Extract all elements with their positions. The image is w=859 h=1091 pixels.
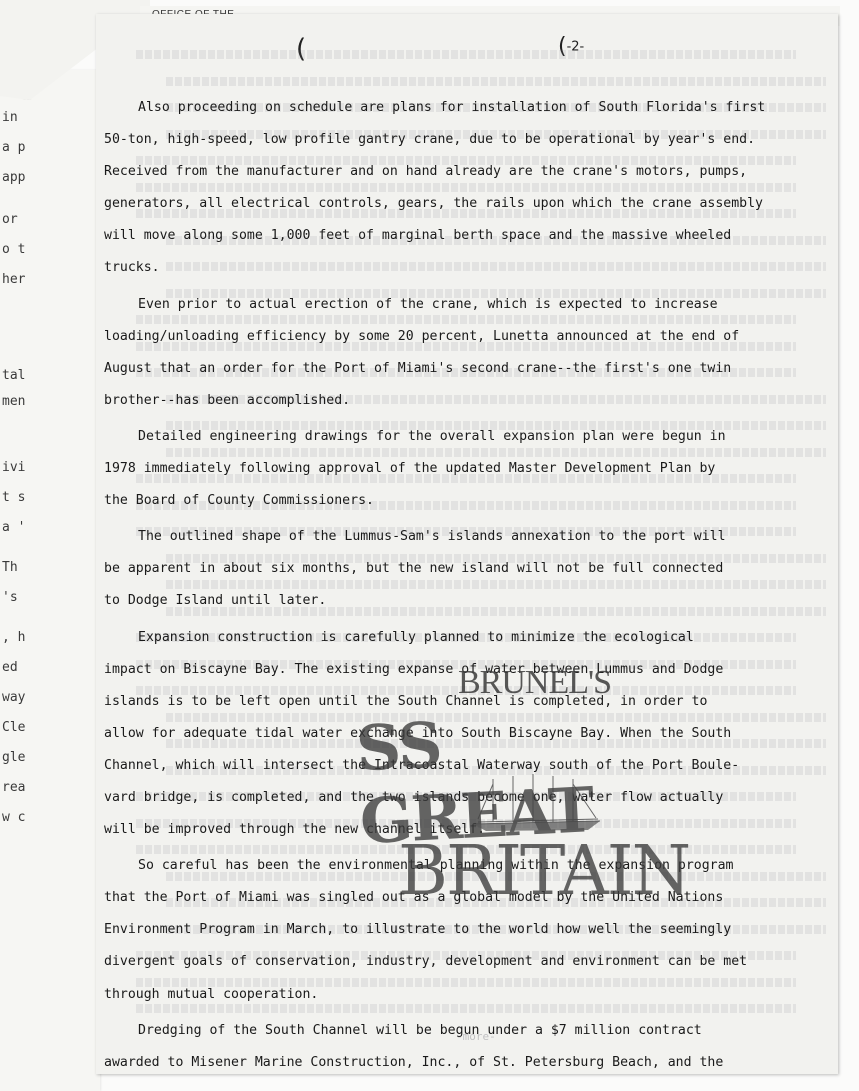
back-page-fragment: Cle bbox=[2, 720, 25, 735]
back-page-fragment: 's bbox=[2, 590, 18, 605]
text-line: will be improved through the new channel… bbox=[104, 814, 804, 846]
text-line: loading/unloading efficiency by some 20 … bbox=[104, 321, 804, 353]
back-page-fragment: in bbox=[2, 110, 18, 125]
back-page-fragment: , h bbox=[2, 630, 25, 645]
text-line: So careful has been the environmental pl… bbox=[104, 850, 804, 882]
text-line: Expansion construction is carefully plan… bbox=[104, 622, 804, 654]
paragraph: So careful has been the environmental pl… bbox=[104, 850, 804, 1010]
text-line: divergent goals of conservation, industr… bbox=[104, 946, 804, 978]
text-line: the Board of County Commissioners. bbox=[104, 485, 804, 517]
text-line: Also proceeding on schedule are plans fo… bbox=[104, 92, 804, 124]
back-page-fragment: Th bbox=[2, 560, 18, 575]
text-line: Even prior to actual erection of the cra… bbox=[104, 289, 804, 321]
paragraph: Detailed engineering drawings for the ov… bbox=[104, 421, 804, 517]
text-line: brother--has been accomplished. bbox=[104, 385, 804, 417]
text-line: vard bridge, is completed, and the two i… bbox=[104, 782, 804, 814]
back-page-fragment: rea bbox=[2, 780, 25, 795]
text-line: August that an order for the Port of Mia… bbox=[104, 353, 804, 385]
back-page-fragment: or bbox=[2, 212, 18, 227]
paragraph: Also proceeding on schedule are plans fo… bbox=[104, 92, 804, 285]
back-page-fragment: w c bbox=[2, 810, 25, 825]
text-line: Detailed engineering drawings for the ov… bbox=[104, 421, 804, 453]
text-line: islands is to be left open until the Sou… bbox=[104, 686, 804, 718]
paragraph: Expansion construction is carefully plan… bbox=[104, 622, 804, 847]
back-page-fragment: o t bbox=[2, 242, 25, 257]
text-line: be apparent in about six months, but the… bbox=[104, 553, 804, 585]
text-line: will move along some 1,000 feet of margi… bbox=[104, 220, 804, 252]
back-page-fragment: way bbox=[2, 690, 25, 705]
text-line: allow for adequate tidal water exchange … bbox=[104, 718, 804, 750]
back-page-fragment: ivi bbox=[2, 460, 25, 475]
text-line: 1978 immediately following approval of t… bbox=[104, 453, 804, 485]
back-page-fragment: her bbox=[2, 272, 25, 287]
text-line: that the Port of Miami was singled out a… bbox=[104, 882, 804, 914]
back-page-fragment: ed bbox=[2, 660, 18, 675]
body-text: Also proceeding on schedule are plans fo… bbox=[104, 92, 804, 1083]
text-line: to Dodge Island until later. bbox=[104, 585, 804, 617]
back-page-fragment: a ' bbox=[2, 520, 25, 535]
text-line: impact on Biscayne Bay. The existing exp… bbox=[104, 654, 804, 686]
document-page: ( (-2- Also proceeding on schedule are p… bbox=[96, 14, 838, 1074]
back-page-fragment: app bbox=[2, 170, 25, 185]
text-line: Received from the manufacturer and on ha… bbox=[104, 156, 804, 188]
paragraph: Even prior to actual erection of the cra… bbox=[104, 289, 804, 417]
back-page-fragment: tal bbox=[2, 368, 25, 383]
text-line: 50-ton, high-speed, low profile gantry c… bbox=[104, 124, 804, 156]
text-line: through mutual cooperation. bbox=[104, 979, 804, 1011]
back-page-fragment: men bbox=[2, 394, 25, 409]
text-line: Channel, which will intersect the Intrac… bbox=[104, 750, 804, 782]
text-line: Dredging of the South Channel will be be… bbox=[104, 1015, 804, 1047]
text-line: generators, all electrical controls, gea… bbox=[104, 188, 804, 220]
back-page-fragment: gle bbox=[2, 750, 25, 765]
text-line: The outlined shape of the Lummus-Sam's i… bbox=[104, 521, 804, 553]
continuation-mark: -more- bbox=[456, 1030, 496, 1043]
text-line: Environment Program in March, to illustr… bbox=[104, 914, 804, 946]
paragraph: Dredging of the South Channel will be be… bbox=[104, 1015, 804, 1079]
paragraph: The outlined shape of the Lummus-Sam's i… bbox=[104, 521, 804, 617]
back-page-fragment: t s bbox=[2, 490, 25, 505]
text-line: trucks. bbox=[104, 252, 804, 284]
bracket-mark: ( bbox=[296, 34, 306, 64]
back-page-fragment: a p bbox=[2, 140, 25, 155]
back-page: ina papporo thertalmenivit sa 'Th's, hed… bbox=[0, 70, 100, 1091]
text-line: awarded to Misener Marine Construction, … bbox=[104, 1047, 804, 1079]
